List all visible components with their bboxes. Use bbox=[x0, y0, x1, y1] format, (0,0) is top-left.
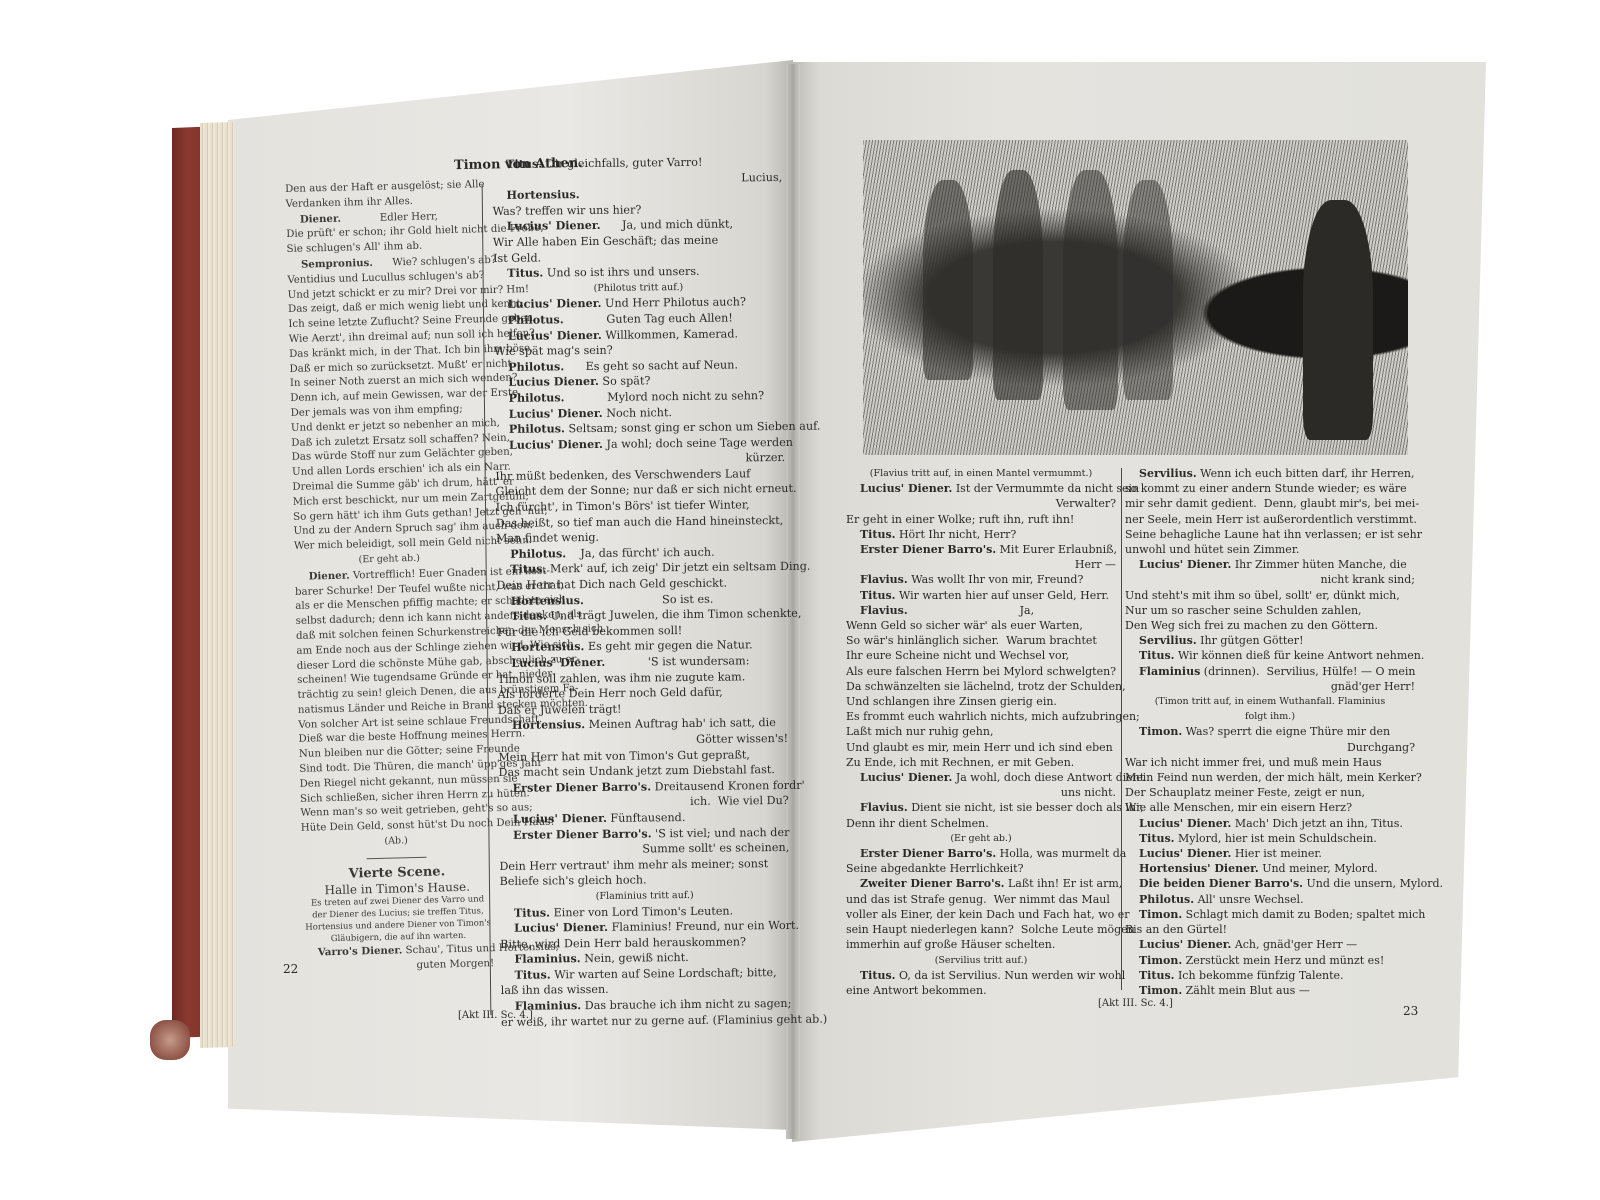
verse-line: Und steht's mit ihm so übel, sollt' er, … bbox=[1125, 588, 1415, 603]
speaker-name: Lucius Diener. bbox=[508, 374, 599, 389]
speech-line: Servilius. Wenn ich euch bitten darf, ih… bbox=[1125, 466, 1415, 481]
verse-line: sein Haupt niederlegen kann? Solche Leut… bbox=[846, 922, 1116, 937]
speech-line: Lucius' Diener. Ja wohl, doch diese Antw… bbox=[846, 770, 1116, 785]
verse-line: ner Seele, mein Herr ist außerordentlich… bbox=[1125, 512, 1415, 527]
speaker-name: Flaminius bbox=[1139, 665, 1200, 678]
verse-line: Als eure falschen Herrn bei Mylord schwe… bbox=[846, 664, 1116, 679]
speech-text: Wenn ich euch bitten darf, ihr Herren, bbox=[1197, 467, 1415, 480]
speech-text: Und die unsern, Mylord. bbox=[1303, 877, 1443, 890]
speaker-name: Hortensius. bbox=[506, 187, 579, 202]
speech-line: Lucius' Diener. Und Herr Philotus auch? bbox=[493, 294, 783, 313]
speech-text: Es geht so sacht auf Neun. bbox=[564, 358, 738, 373]
speech-line: Titus. Wir können dieß für keine Antwort… bbox=[1125, 648, 1415, 663]
speech-text: Mylord noch nicht zu sehn? bbox=[564, 389, 764, 404]
speaker-name: Lucius' Diener. bbox=[507, 218, 601, 233]
speech-line: Lucius' Diener. Flaminius! Freund, nur e… bbox=[500, 918, 790, 937]
speech-text: Ach, gnäd'ger Herr — bbox=[1231, 938, 1357, 951]
speech-text: Das brauche ich ihm nicht zu sagen; bbox=[581, 997, 791, 1012]
speaker-name: Lucius' Diener. bbox=[1139, 847, 1231, 860]
speech-text: So spät? bbox=[599, 375, 651, 389]
column-divider bbox=[1121, 468, 1122, 990]
speaker-name: Titus. bbox=[1139, 969, 1174, 982]
speaker-name: Flaminius. bbox=[514, 951, 580, 966]
speaker-name: Philotus. bbox=[508, 359, 564, 374]
speech-text: So ist es. bbox=[584, 592, 714, 606]
speech-line: Erster Diener Barro's. Mit Eurer Erlaubn… bbox=[846, 542, 1116, 557]
verse-line: er weiß, ihr wartet nur zu gerne auf. (F… bbox=[501, 1012, 791, 1031]
speech-text: Und Herr Philotus auch? bbox=[601, 296, 746, 311]
speaker-name: Lucius' Diener. bbox=[860, 771, 952, 784]
creditor-figure bbox=[1063, 170, 1118, 410]
continuation-line: ich. Wie viel Du? bbox=[499, 793, 789, 812]
speaker-name: Timon. bbox=[1139, 954, 1182, 967]
speaker-name: Diener. bbox=[300, 212, 341, 225]
speech-text: Was? sperrt die eigne Thüre mir den bbox=[1182, 725, 1390, 738]
speaker-name: Erster Diener Barro's. bbox=[513, 826, 652, 841]
speaker-name: Lucius' Diener. bbox=[513, 811, 607, 826]
speech-text: Ja, bbox=[908, 604, 1034, 617]
speech-text: Flaminius! Freund, nur ein Wort. bbox=[608, 919, 799, 934]
verse-line: Wie alle Menschen, mir ein eisern Herz? bbox=[1125, 800, 1415, 815]
speaker-name: Zweiter Diener Barro's. bbox=[860, 877, 1004, 890]
continuation-line: Verwalter? bbox=[846, 496, 1116, 511]
speaker-name: Lucius' Diener. bbox=[1139, 817, 1231, 830]
speaker-name: Titus. bbox=[507, 266, 543, 280]
speech-text: Ja, und mich dünkt, bbox=[601, 218, 733, 232]
verse-line: Timon soll zahlen, was ihm nie zugute ka… bbox=[497, 669, 787, 688]
speech-text: Mylord, hier ist mein Schuldschein. bbox=[1174, 832, 1376, 845]
speech-text: Dient sie nicht, ist sie besser doch als… bbox=[908, 801, 1144, 814]
speech-text: Ihr Zimmer hüten Manche, die bbox=[1231, 558, 1406, 571]
speech-line: Flavius. Ja, bbox=[846, 603, 1116, 618]
verse-line: So wär's hinlänglich sicher. Warum brach… bbox=[846, 633, 1116, 648]
verse-line: Und schlangen ihre Zinsen gierig ein. bbox=[846, 694, 1116, 709]
speaker-name: Philotus. bbox=[508, 390, 564, 405]
verse-line: und das ist Strafe genug. Wer nimmt das … bbox=[846, 892, 1116, 907]
right-page-column-b: Servilius. Wenn ich euch bitten darf, ih… bbox=[1125, 466, 1415, 998]
speaker-name: Titus. bbox=[860, 969, 895, 982]
speech-text: Mit Eurer Erlaubniß, bbox=[996, 543, 1117, 556]
speaker-name: Sempronius. bbox=[301, 257, 373, 271]
speaker-name: Lucius' Diener. bbox=[511, 655, 605, 670]
speech-text: Hört Ihr nicht, Herr? bbox=[895, 528, 1016, 541]
speech-text: Zählt mein Blut aus — bbox=[1182, 984, 1310, 997]
verse-line: immerhin auf große Häuser schelten. bbox=[846, 937, 1116, 952]
page-number-right: 23 bbox=[1403, 1004, 1418, 1018]
speech-text: Noch nicht. bbox=[603, 406, 673, 420]
right-page-column-a: (Flavius tritt auf, in einen Mantel verm… bbox=[846, 466, 1116, 998]
verse-line: Und glaubt es mir, mein Herr und ich sin… bbox=[846, 740, 1116, 755]
speech-text: O, da ist Servilius. Nun werden wir wohl bbox=[895, 969, 1125, 982]
speaker-name: Lucius' Diener. bbox=[1139, 938, 1231, 951]
speaker-name: Philotus. bbox=[509, 421, 565, 436]
verse-line: Ihr eure Scheine nicht und Wechsel vor, bbox=[846, 648, 1116, 663]
verse-line: Es frommt euch wahrlich nichts, mich auf… bbox=[846, 709, 1116, 724]
speech-line: Lucius' Diener. Ihr Zimmer hüten Manche,… bbox=[1125, 557, 1415, 572]
speech-text: Dreitausend Kronen fordr' bbox=[651, 779, 805, 794]
speech-line: Hortensius' Diener. Und meiner, Mylord. bbox=[1125, 861, 1415, 876]
speaker-name: Servilius. bbox=[1139, 634, 1197, 647]
verse-line: Mein Feind nun werden, der mich hält, me… bbox=[1125, 770, 1415, 785]
speech-text: Willkommen, Kamerad. bbox=[602, 327, 738, 341]
speaker-name: Diener. bbox=[308, 569, 349, 582]
verse-line: Der Schauplatz meiner Feste, zeigt er nu… bbox=[1125, 785, 1415, 800]
speaker-name: Flavius. bbox=[860, 801, 908, 814]
speech-text: Und trägt Juwelen, die ihm Timon schenkt… bbox=[547, 607, 802, 623]
verse-line: voller als Einer, der kein Dach und Fach… bbox=[846, 907, 1116, 922]
speaker-name: Titus. bbox=[514, 967, 550, 981]
speech-text: Wie? schlugen's ab? bbox=[373, 255, 497, 269]
speech-line: Titus. Ich bekomme fünfzig Talente. bbox=[1125, 968, 1415, 983]
speech-text: Was wollt Ihr von mir, Freund? bbox=[908, 573, 1084, 586]
speech-text: Es geht mir gegen die Natur. bbox=[584, 639, 752, 654]
speech-line: Philotus. All' unsre Wechsel. bbox=[1125, 892, 1415, 907]
speaker-name: Lucius' Diener. bbox=[1139, 558, 1231, 571]
speech-line: Titus. O, da ist Servilius. Nun werden w… bbox=[846, 968, 1116, 983]
creditor-figure bbox=[923, 180, 973, 380]
page-number-left: 22 bbox=[283, 962, 298, 976]
verse-line: Seine behagliche Laune hat ihn verlassen… bbox=[1125, 527, 1415, 542]
speaker-name: Timon. bbox=[1139, 908, 1182, 921]
speech-text: Schlagt mich damit zu Boden; spaltet mic… bbox=[1182, 908, 1425, 921]
speaker-name: Erster Diener Barro's. bbox=[860, 543, 996, 556]
continuation-line: Herr — bbox=[846, 557, 1116, 572]
speaker-name: Titus. bbox=[1139, 649, 1174, 662]
verse-line: Seine abgedankte Herrlichkeit? bbox=[846, 861, 1116, 876]
continuation-line: gnäd'ger Herr! bbox=[1125, 679, 1415, 694]
speech-line: Titus. Mylord, hier ist mein Schuldschei… bbox=[1125, 831, 1415, 846]
verse-line: Da schwänzelten sie lächelnd, trotz der … bbox=[846, 679, 1116, 694]
speaker-name: Hortensius. bbox=[511, 639, 584, 654]
verse-line: Wenn Geld so sicher wär' als euer Warten… bbox=[846, 618, 1116, 633]
speech-text: Mach' Dich jetzt an ihn, Titus. bbox=[1231, 817, 1403, 830]
speaker-name: Erster Diener Barro's. bbox=[860, 847, 996, 860]
speaker-name: Lucius' Diener. bbox=[509, 437, 603, 452]
speech-line: Flaminius (drinnen). Servilius, Hülfe! —… bbox=[1125, 664, 1415, 679]
frayed-cover-corner bbox=[150, 1020, 190, 1060]
speech-text: Laßt ihn! Er ist arm, bbox=[1004, 877, 1122, 890]
speech-text: Edler Herr, bbox=[341, 211, 438, 224]
speaker-name: Hortensius. bbox=[512, 717, 585, 732]
speech-line: Timon. Schlagt mich damit zu Boden; spal… bbox=[1125, 907, 1415, 922]
speech-line: Flavius. Was wollt Ihr von mir, Freund? bbox=[846, 572, 1116, 587]
speech-text: Wir warten hier auf unser Geld, Herr. bbox=[895, 589, 1109, 602]
engraving-illustration bbox=[863, 140, 1408, 455]
speaker-name: Titus. bbox=[860, 589, 895, 602]
stage-direction: (Servilius tritt auf.) bbox=[846, 953, 1116, 968]
speech-text: All' unsre Wechsel. bbox=[1194, 893, 1303, 906]
verse-line: Bis an den Gürtel! bbox=[1125, 922, 1415, 937]
speech-text: 'S ist wundersam: bbox=[605, 654, 749, 669]
left-footer-signature: [Akt III. Sc. 4.] bbox=[458, 1010, 533, 1021]
speech-text: Hier ist meiner. bbox=[1231, 847, 1322, 860]
speech-line: Lucius' Diener. Ach, gnäd'ger Herr — bbox=[1125, 937, 1415, 952]
verse-line: unwohl und hütet sein Zimmer. bbox=[1125, 542, 1415, 557]
stage-direction: folgt ihm.) bbox=[1125, 709, 1415, 724]
speaker-name: Hortensius' Diener. bbox=[1139, 862, 1259, 875]
speech-text: Ihr gütgen Götter! bbox=[1197, 634, 1304, 647]
speaker-name: Lucius' Diener. bbox=[509, 405, 603, 420]
speaker-name: Titus. bbox=[511, 609, 547, 623]
speech-line: Flavius. Dient sie nicht, ist sie besser… bbox=[846, 800, 1116, 815]
verse-line: Den Weg sich frei zu machen zu den Götte… bbox=[1125, 618, 1415, 633]
speech-text: Nein, gewiß nicht. bbox=[581, 951, 689, 965]
speech-text: Und so ist ihrs und unsers. bbox=[543, 265, 699, 280]
creditor-figure bbox=[993, 170, 1043, 400]
speaker-name: Lucius' Diener. bbox=[514, 920, 608, 935]
speech-text: Fünftausend. bbox=[607, 811, 686, 825]
speech-line: Titus. Wir warten hier auf unser Geld, H… bbox=[846, 588, 1116, 603]
verse-line: Er geht in einer Wolke; ruft ihn, ruft i… bbox=[846, 512, 1116, 527]
speech-text: Ja wohl, doch diese Antwort dient bbox=[952, 771, 1144, 784]
speaker-name: Titus. bbox=[860, 528, 895, 541]
continuation-line: Durchgang? bbox=[1125, 740, 1415, 755]
speech-text: Wir können dieß für keine Antwort nehmen… bbox=[1174, 649, 1424, 662]
cloaked-figure bbox=[1303, 200, 1373, 440]
speech-text: Wir warten auf Seine Lordschaft; bitte, bbox=[551, 966, 777, 981]
speaker-name: Varro's Diener. bbox=[318, 945, 403, 959]
speaker-name: Hortensius. bbox=[511, 593, 584, 608]
verse-line: Laßt mich nur ruhig gehn, bbox=[846, 724, 1116, 739]
speaker-name: Lucius' Diener. bbox=[507, 296, 601, 311]
speech-line: Die beiden Diener Barro's. Und die unser… bbox=[1125, 876, 1415, 891]
verse-line: Nur um so rascher seine Schulden zahlen, bbox=[1125, 603, 1415, 618]
continuation-line: nicht krank sind; bbox=[1125, 572, 1415, 587]
speaker-name: Titus. bbox=[1139, 832, 1174, 845]
page-edges bbox=[200, 122, 234, 1048]
verse-line: Denn ihr dient Schelmen. bbox=[846, 816, 1116, 831]
speaker-name: Timon. bbox=[1139, 984, 1182, 997]
verse-line: so kommt zu einer andern Stunde wieder; … bbox=[1125, 481, 1415, 496]
stage-direction: (Flavius tritt auf, in einen Mantel verm… bbox=[846, 466, 1116, 481]
speaker-name: Lucius' Diener. bbox=[508, 327, 602, 342]
speaker-name: Lucius' Diener. bbox=[860, 482, 952, 495]
speaker-name: Erster Diener Barro's. bbox=[513, 779, 652, 794]
speech-line: Timon. Was? sperrt die eigne Thüre mir d… bbox=[1125, 724, 1415, 739]
speaker-name: Flavius. bbox=[860, 573, 908, 586]
verse-line: mir sehr damit gedient. Denn, glaubt mir… bbox=[1125, 496, 1415, 511]
speech-text: Dir gleichfalls, guter Varro! bbox=[542, 156, 702, 171]
speech-text: Seltsam; sonst ging er schon um Sieben a… bbox=[565, 420, 821, 436]
right-footer-signature: [Akt III. Sc. 4.] bbox=[1098, 998, 1173, 1009]
speech-text: Holla, was murmelt da bbox=[996, 847, 1126, 860]
speech-text: Einer von Lord Timon's Leuten. bbox=[550, 904, 733, 919]
speech-line: Philotus. Mylord noch nicht zu sehn? bbox=[494, 388, 784, 407]
speaker-name: Philotus. bbox=[1139, 893, 1194, 906]
left-page-column-a: Den aus der Haft er ausgelöst; sie AlleV… bbox=[285, 178, 494, 976]
speech-text: (drinnen). Servilius, Hülfe! — O mein bbox=[1200, 665, 1415, 678]
speech-line: Titus. Und trägt Juwelen, die ihm Timon … bbox=[497, 606, 787, 625]
speech-text: 'S ist viel; und nach der bbox=[652, 825, 790, 839]
speech-line: Lucius' Diener. Ist der Vermummte da nic… bbox=[846, 481, 1116, 496]
speech-line: Lucius' Diener. Hier ist meiner. bbox=[1125, 846, 1415, 861]
open-book: Timon von Athen. Den aus der Haft er aus… bbox=[0, 0, 1600, 1200]
speech-line: Titus. Hört Ihr nicht, Herr? bbox=[846, 527, 1116, 542]
creditor-figure bbox=[1123, 180, 1173, 400]
verse-line: War ich nicht immer frei, und muß mein H… bbox=[1125, 755, 1415, 770]
speech-line: Timon. Zerstückt mein Herz und münzt es! bbox=[1125, 953, 1415, 968]
speech-text: Merk' auf, ich zeig' Dir jetzt ein selts… bbox=[546, 560, 810, 576]
speech-text: Meinen Auftrag hab' ich satt, die bbox=[585, 716, 776, 731]
speaker-name: Die beiden Diener Barro's. bbox=[1139, 877, 1303, 890]
speech-line: Erster Diener Barro's. Holla, was murmel… bbox=[846, 846, 1116, 861]
speech-line: Servilius. Ihr gütgen Götter! bbox=[1125, 633, 1415, 648]
speaker-name: Timon. bbox=[1139, 725, 1182, 738]
left-page-column-b: Titus. Dir gleichfalls, guter Varro!Luci… bbox=[492, 154, 791, 1030]
speech-text: Ja wohl; doch seine Tage werden bbox=[603, 436, 793, 451]
verse-line: Zu Ende, ich mit Rechnen, er mit Geben. bbox=[846, 755, 1116, 770]
speaker-name: Titus. bbox=[510, 562, 546, 576]
speech-text: Ja, das fürcht' ich auch. bbox=[566, 546, 715, 561]
speaker-name: Flavius. bbox=[860, 604, 908, 617]
speech-text: Ist der Vermummte da nicht sein bbox=[952, 482, 1139, 495]
speaker-name: Servilius. bbox=[1139, 467, 1197, 480]
scene-separator-rule bbox=[367, 857, 427, 859]
speech-line: Zweiter Diener Barro's. Laßt ihn! Er ist… bbox=[846, 876, 1116, 891]
stage-direction: (Timon tritt auf, in einem Wuthanfall. F… bbox=[1125, 694, 1415, 709]
speech-text: Und meiner, Mylord. bbox=[1259, 862, 1378, 875]
scene-stage-direction: Es treten auf zwei Diener des Varro und … bbox=[302, 894, 493, 947]
verse-line: eine Antwort bekommen. bbox=[846, 983, 1116, 998]
stage-direction: (Er geht ab.) bbox=[846, 831, 1116, 846]
speaker-name: Titus. bbox=[506, 156, 542, 170]
continuation-line: uns nicht. bbox=[846, 785, 1116, 800]
speaker-name: Philotus. bbox=[508, 312, 564, 327]
speech-text: Guten Tag euch Allen! bbox=[564, 311, 733, 326]
speech-line: Lucius' Diener. Mach' Dich jetzt an ihn,… bbox=[1125, 816, 1415, 831]
speaker-name: Titus. bbox=[514, 905, 550, 919]
speech-line: Timon. Zählt mein Blut aus — bbox=[1125, 983, 1415, 998]
speech-text: Ich bekomme fünfzig Talente. bbox=[1174, 969, 1343, 982]
speaker-name: Philotus. bbox=[510, 546, 566, 561]
speech-line: Titus. Merk' auf, ich zeig' Dir jetzt ei… bbox=[496, 559, 786, 578]
speech-text: Zerstückt mein Herz und münzt es! bbox=[1182, 954, 1384, 967]
